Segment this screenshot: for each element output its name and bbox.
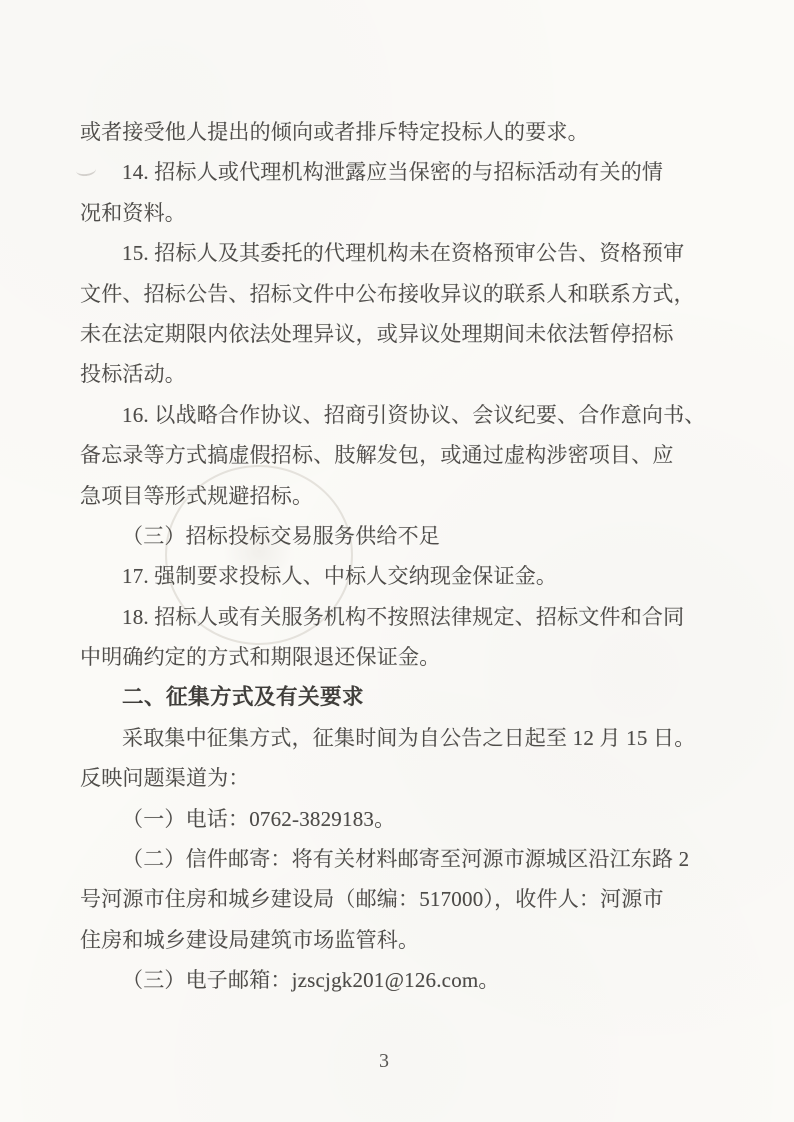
text-line: 未在法定期限内依法处理异议，或异议处理期间未依法暂停招标 — [80, 314, 716, 354]
text-line: 住房和城乡建设局建筑市场监管科。 — [80, 920, 716, 960]
text-line: 况和资料。 — [80, 193, 716, 233]
text-line: （三）招标投标交易服务供给不足 — [80, 516, 716, 556]
text-line: 文件、招标公告、招标文件中公布接收异议的联系人和联系方式， — [80, 274, 716, 314]
text-line: 18. 招标人或有关服务机构不按照法律规定、招标文件和合同 — [80, 597, 716, 637]
text-line: 号河源市住房和城乡建设局（邮编：517000），收件人：河源市 — [80, 879, 716, 919]
text-line: 反映问题渠道为： — [80, 758, 716, 798]
text-line: 16. 以战略合作协议、招商引资协议、会议纪要、合作意向书、 — [80, 395, 716, 435]
text-line: 备忘录等方式搞虚假招标、肢解发包，或通过虚构涉密项目、应 — [80, 435, 716, 475]
text-line: 采取集中征集方式，征集时间为自公告之日起至 12 月 15 日。 — [80, 718, 716, 758]
text-line: 急项目等形式规避招标。 — [80, 476, 716, 516]
text-line: （二）信件邮寄：将有关材料邮寄至河源市源城区沿江东路 2 — [80, 839, 716, 879]
text-line: 二、征集方式及有关要求 — [80, 677, 716, 717]
text-line: 17. 强制要求投标人、中标人交纳现金保证金。 — [80, 556, 716, 596]
text-line: 投标活动。 — [80, 354, 716, 394]
text-line: 14. 招标人或代理机构泄露应当保密的与招标活动有关的情 — [80, 152, 716, 192]
text-line: （三）电子邮箱：jzscjgk201@126.com。 — [80, 960, 716, 1000]
text-line: 或者接受他人提出的倾向或者排斥特定投标人的要求。 — [80, 112, 716, 152]
scanned-document-page: 或者接受他人提出的倾向或者排斥特定投标人的要求。14. 招标人或代理机构泄露应当… — [0, 0, 794, 1122]
page-number: 3 — [354, 1046, 414, 1076]
text-line: （一）电话：0762-3829183。 — [80, 799, 716, 839]
document-body: 或者接受他人提出的倾向或者排斥特定投标人的要求。14. 招标人或代理机构泄露应当… — [80, 112, 716, 1001]
text-line: 中明确约定的方式和期限退还保证金。 — [80, 637, 716, 677]
text-line: 15. 招标人及其委托的代理机构未在资格预审公告、资格预审 — [80, 233, 716, 273]
